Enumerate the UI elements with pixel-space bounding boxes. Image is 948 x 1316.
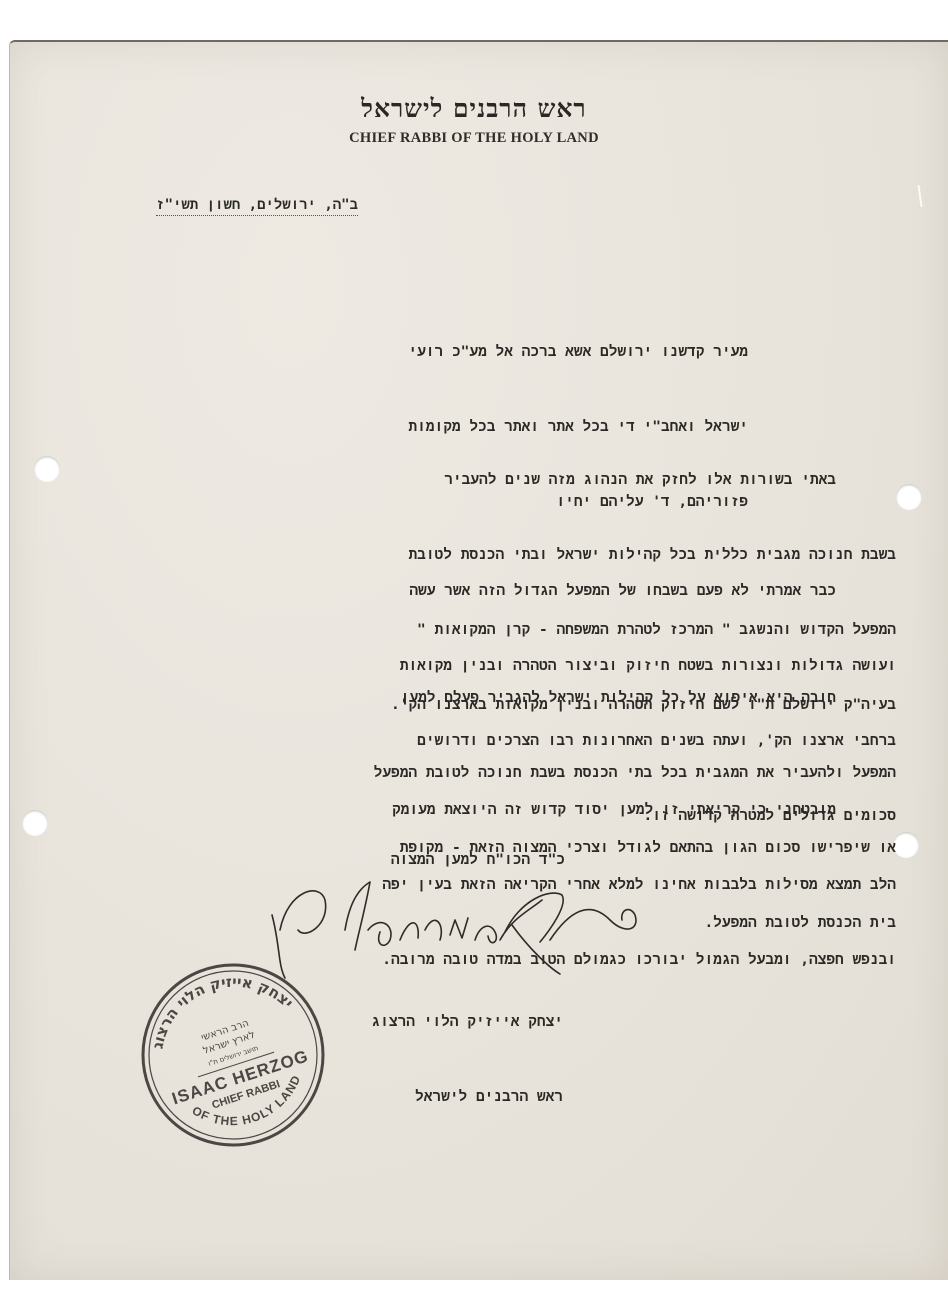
punch-hole-right-upper	[896, 484, 922, 510]
paragraph-line: באתי בשורות אלו לחזק את הנהוג מזה שנים ל…	[391, 468, 896, 493]
letterhead-english-title: CHIEF RABBI OF THE HOLY LAND	[0, 130, 948, 147]
official-stamp-seal: יצחק אייזיק הלוי הרצוג הרב הראשי לארץ יש…	[138, 960, 328, 1150]
signatory-block: יצחק אייזיק הלוי הרצוג ראש הרבנים לישראל	[371, 960, 563, 1135]
address-line: מעיר קדשנו ירושלם אשא ברכה אל מע"כ רועי	[408, 340, 748, 365]
paragraph-line: כבר אמרתי לא פעם בשבחו של המפעל הגדול הז…	[400, 579, 896, 604]
signatory-title: ראש הרבנים לישראל	[371, 1085, 563, 1110]
signatory-name: יצחק אייזיק הלוי הרצוג	[371, 1010, 563, 1035]
letterhead-hebrew-title: ראש הרבנים לישראל	[0, 94, 948, 124]
punch-hole-left-lower	[22, 810, 48, 836]
punch-hole-left-upper	[34, 456, 60, 482]
punch-hole-right-lower	[893, 832, 919, 858]
paragraph-line: חובה היא איפוא על כל קהילות ישראל להגביר…	[374, 686, 896, 711]
dateline: ב"ה, ירושלים, חשון תשי"ז	[156, 197, 358, 216]
paragraph-line: מובטחני כי קריאתי זו למען יסוד קדוש זה ה…	[382, 798, 896, 823]
